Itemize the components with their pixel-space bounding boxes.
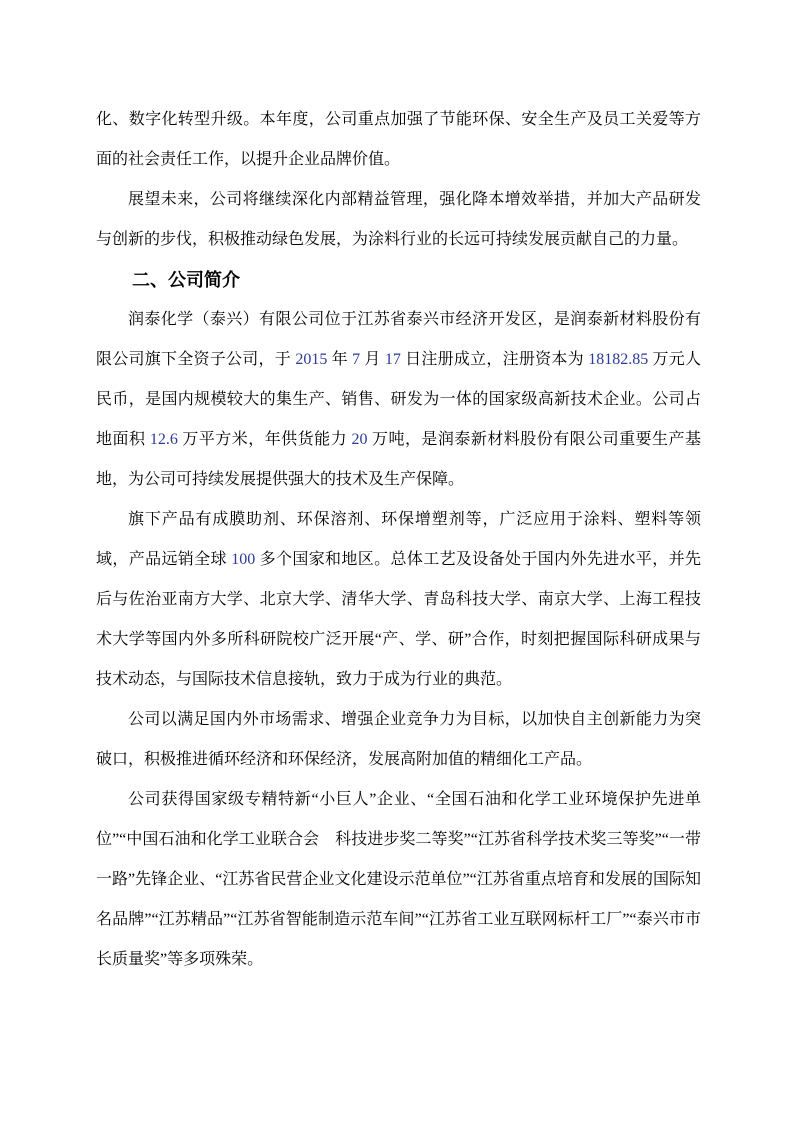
document-page: 化、数字化转型升级。本年度，公司重点加强了节能环保、安全生产及员工关爱等方面的社… [0,0,793,1122]
numeric-value: 18182.85 [588,351,648,368]
paragraph: 公司以满足国内外市场需求、增强企业竞争力为目标，以加快自主创新能力为突破口，积极… [96,700,701,780]
text-segment: 展望未来，公司将继续深化内部精益管理，强化降本增效举措，并加大产品研发与创新的步… [96,191,701,248]
numeric-value: 100 [231,551,255,568]
text-segment: 公司以满足国内外市场需求、增强企业竞争力为目标，以加快自主创新能力为突破口，积极… [96,711,701,768]
text-segment: 万平方米，年供货能力 [178,431,352,448]
document-content: 化、数字化转型升级。本年度，公司重点加强了节能环保、安全生产及员工关爱等方面的社… [96,100,701,980]
text-segment: 化、数字化转型升级。本年度，公司重点加强了节能环保、安全生产及员工关爱等方面的社… [96,111,701,168]
numeric-value: 17 [385,351,401,368]
section-heading: 二、公司简介 [96,260,701,300]
text-segment: 多个国家和地区。总体工艺及设备处于国内外先进水平，并先后与佐治亚南方大学、北京大… [96,551,701,688]
paragraph: 润泰化学（泰兴）有限公司位于江苏省泰兴市经济开发区，是润泰新材料股份有限公司旗下… [96,300,701,500]
paragraph: 公司获得国家级专精特新“小巨人”企业、“全国石油和化学工业环境保护先进单位”“中… [96,780,701,980]
text-segment: 月 [360,351,385,368]
paragraph: 化、数字化转型升级。本年度，公司重点加强了节能环保、安全生产及员工关爱等方面的社… [96,100,701,180]
numeric-value: 20 [352,431,368,448]
paragraph: 展望未来，公司将继续深化内部精益管理，强化降本增效举措，并加大产品研发与创新的步… [96,180,701,260]
text-segment: 日注册成立，注册资本为 [401,351,588,368]
numeric-value: 12.6 [150,431,178,448]
numeric-value: 7 [352,351,360,368]
numeric-value: 2015 [295,351,327,368]
text-segment: 二、公司简介 [132,270,240,290]
paragraph: 旗下产品有成膜助剂、环保溶剂、环保增塑剂等，广泛应用于涂料、塑料等领域，产品远销… [96,500,701,700]
text-segment: 年 [327,351,352,368]
text-segment: 公司获得国家级专精特新“小巨人”企业、“全国石油和化学工业环境保护先进单位”“中… [96,791,701,968]
